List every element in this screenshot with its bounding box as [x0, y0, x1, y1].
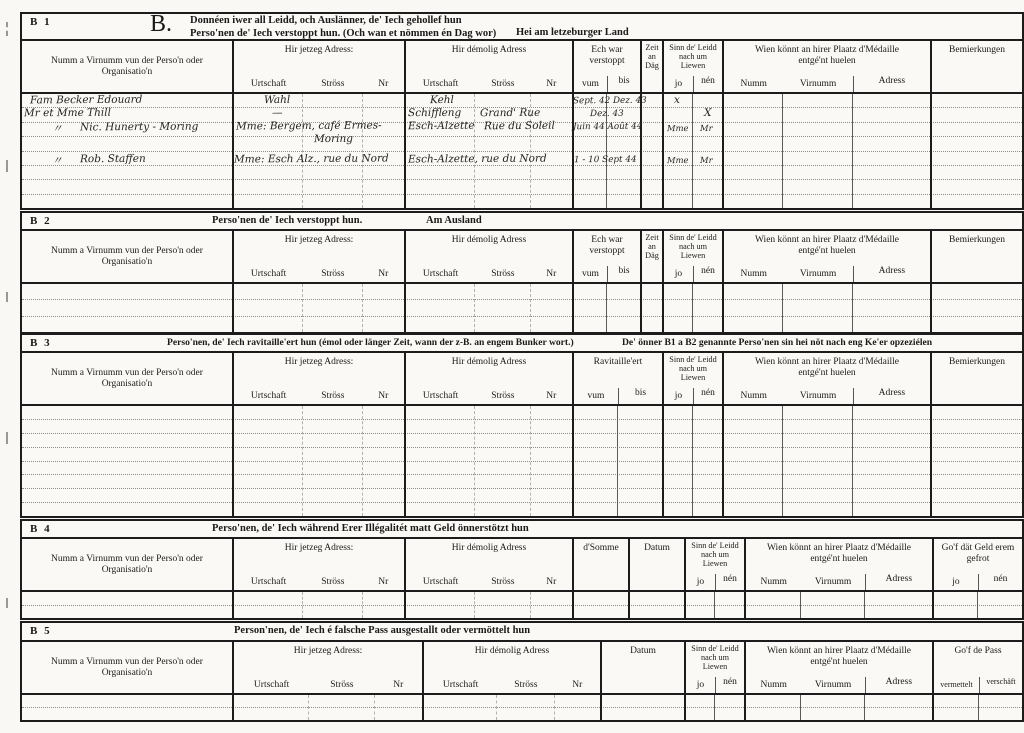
row-rule [22, 195, 1022, 208]
nr-label: Nr [531, 269, 573, 279]
handwritten-entry: Esch-Alzette, rue du Nord [408, 153, 547, 166]
b3-header-row: Numm a Virnumm vun der Perso'n oder Orga… [22, 353, 1022, 406]
nen-label: nén [715, 677, 744, 693]
subcolumn-divider [474, 406, 475, 516]
handwritten-entry: Mr et Mme Thill [24, 107, 111, 120]
b1-body: Fam Becker Edouard Mr et Mme Thill 〃 Nic… [22, 94, 1022, 208]
b2-col-bem: Bemierkungen [930, 231, 1022, 282]
b1-title-band: B 1 B. Donnéen iwer all Leidd, och Auslä… [22, 14, 1022, 41]
b2-col-name: Numm a Virnumm vun der Perso'n oder Orga… [22, 231, 232, 282]
nr-label: Nr [362, 269, 404, 279]
nr-label: Nr [531, 391, 573, 401]
subcolumn-divider [692, 406, 693, 516]
b3-title-band: B 3 Perso'nen, de' Iech ravitaille'ert h… [22, 335, 1022, 353]
column-divider [572, 592, 574, 618]
subcolumn-divider [782, 406, 783, 516]
b2-col-zeit: Zeit an Däg [640, 231, 662, 282]
subcolumn-divider [852, 284, 853, 332]
b2-demolig-subrow: Urtschaft Ströss Nr [406, 265, 572, 282]
b4-col-sinn: Sinn de' Leidd nach um Liewen jo nén [684, 539, 744, 590]
b1-col-name-label: Numm a Virnumm vun der Perso'n oder Orga… [22, 41, 232, 92]
column-divider [932, 592, 934, 618]
subcolumn-divider [864, 592, 865, 618]
b2-demolig-label: Hir démolig Adress [406, 231, 572, 265]
b2-title: Perso'nen de' Iech verstoppt hun. [212, 215, 362, 226]
b1-big-letter: B. [150, 11, 172, 38]
section-b4: B 4 Perso'nen, de' Iech während Erer Ill… [20, 519, 1024, 620]
row-rule [22, 434, 1022, 448]
b5-body [22, 695, 1022, 720]
column-divider [662, 406, 664, 516]
b3-col-name-label: Numm a Virnumm vun der Perso'n oder Orga… [22, 353, 232, 404]
b2-body [22, 284, 1022, 332]
column-divider [232, 94, 234, 208]
handwritten-date: Dez. 43 [590, 109, 624, 119]
column-divider [232, 406, 234, 516]
b1-col-bem: Bemierkungen [930, 41, 1022, 92]
b2-col-sinn: Sinn de' Leidd nach um Liewen jo nén [662, 231, 722, 282]
b3-col-name: Numm a Virnumm vun der Perso'n oder Orga… [22, 353, 232, 404]
b5-jetzeg-subrow: Urtschaft Ströss Nr [234, 676, 422, 693]
b1-wien-subrow: Numm Virnumm Adress [724, 75, 930, 92]
urtschaft-label: Urtschaft [234, 391, 303, 401]
row-rule [22, 448, 1022, 462]
column-divider [232, 695, 234, 720]
virnumm-label: Virnumm [783, 79, 852, 89]
adress-label: Adress [853, 76, 930, 92]
b5-wien-subrow: Numm Virnumm Adress [746, 676, 932, 693]
column-divider [744, 592, 746, 618]
b1-col-name: Numm a Virnumm vun der Perso'n oder Orga… [22, 41, 232, 92]
b5-gof-label: Go'f de Pass [934, 642, 1022, 676]
b5-title: Person'nen, de' Iech é falsche Pass ausg… [234, 625, 530, 636]
b1-jetzeg-label: Hir jetzeg Adress: [234, 41, 404, 75]
handwritten-entry: Nic. Hunerty - Moring [80, 121, 198, 134]
nr-label: Nr [362, 79, 404, 89]
b4-col-name: Numm a Virnumm vun der Perso'n oder Orga… [22, 539, 232, 590]
row-rule [22, 284, 1022, 300]
b5-demolig-subrow: Urtschaft Ströss Nr [424, 676, 600, 693]
subcolumn-divider [302, 406, 303, 516]
b4-somme-label: d'Somme [574, 539, 628, 590]
subcolumn-divider [302, 592, 303, 618]
handwritten-entry: Mme: Bergem, café Ermes- [236, 119, 382, 132]
subcolumn-divider [362, 94, 363, 208]
nr-label: Nr [531, 577, 573, 587]
column-divider [722, 284, 724, 332]
column-divider [404, 284, 406, 332]
column-divider [422, 695, 424, 720]
b2-verstoppt-subrow: vum bis [574, 265, 640, 282]
nen-label: nén [693, 266, 722, 282]
b2-bem-label: Bemierkungen [932, 231, 1022, 282]
column-divider [684, 592, 686, 618]
subcolumn-divider [530, 592, 531, 618]
b3-col-demolig: Hir démolig Adress Urtschaft Ströss Nr [404, 353, 572, 404]
b1-col-zeit: Zeit an Däg [640, 41, 662, 92]
virnumm-label: Virnumm [783, 391, 852, 401]
handwritten-check: Mme [667, 123, 689, 133]
b1-zeit-label: Zeit an Däg [642, 41, 662, 92]
column-divider [640, 94, 642, 208]
ditto-mark: 〃 [52, 121, 63, 136]
b5-sinn-subrow: jo nén [686, 676, 744, 693]
subcolumn-divider [852, 406, 853, 516]
margin-mark [6, 160, 8, 172]
subcolumn-divider [977, 592, 978, 618]
b3-col-sinn: Sinn de' Leidd nach um Liewen jo nén [662, 353, 722, 404]
subcolumn-divider [530, 284, 531, 332]
b4-header-row: Numm a Virnumm vun der Perso'n oder Orga… [22, 539, 1022, 592]
column-divider [930, 94, 932, 208]
adress-label: Adress [853, 266, 930, 282]
vermettelt-label: vermettelt [934, 680, 979, 689]
margin-mark [6, 598, 8, 608]
b3-jetzeg-label: Hir jetzeg Adress: [234, 353, 404, 387]
adress-label: Adress [865, 574, 932, 590]
row-rule [22, 475, 1022, 489]
handwritten-date: Juin 44 Août 44 [573, 122, 642, 132]
b5-gof-subrow: vermettelt verschäft [934, 676, 1022, 693]
handwritten-entry: Esch-Alzette [408, 120, 475, 132]
subcolumn-divider [852, 94, 853, 208]
stross-label: Ströss [303, 391, 362, 401]
handwritten-entry: Grand' Rue [480, 107, 540, 119]
b4-col-demolig: Hir démolig Adress Urtschaft Ströss Nr [404, 539, 572, 590]
b1-sinn-label: Sinn de' Leidd nach um Liewen [664, 41, 722, 75]
stross-label: Ströss [475, 577, 530, 587]
b2-col-jetzeg: Hir jetzeg Adress: Urtschaft Ströss Nr [232, 231, 404, 282]
b1-title-right: Hei am letzeburger Land [516, 27, 629, 38]
numm-label: Numm [724, 269, 783, 279]
b4-col-name-label: Numm a Virnumm vun der Perso'n oder Orga… [22, 539, 232, 590]
nr-label: Nr [362, 391, 404, 401]
b3-bem-label: Bemierkungen [932, 353, 1022, 404]
nen-label: nén [693, 76, 722, 92]
section-b5: B 5 Person'nen, de' Iech é falsche Pass … [20, 621, 1024, 722]
urtschaft-label: Urtschaft [234, 680, 309, 690]
b3-jetzeg-subrow: Urtschaft Ströss Nr [234, 387, 404, 404]
b1-wien-label: Wien könnt an hirer Plaatz d'Médaille en… [724, 41, 930, 75]
handwritten-check: Mr [700, 155, 713, 165]
b1-sinn-subrow: jo nén [664, 75, 722, 92]
bis-label: bis [607, 76, 640, 92]
b4-demolig-label: Hir démolig Adress [406, 539, 572, 573]
column-divider [930, 284, 932, 332]
row-rule [22, 166, 1022, 180]
subcolumn-divider [302, 94, 303, 208]
urtschaft-label: Urtschaft [424, 680, 497, 690]
subcolumn-divider [782, 284, 783, 332]
column-divider [404, 406, 406, 516]
subcolumn-divider [714, 695, 715, 720]
b2-verstoppt-label: Ech war verstoppt [574, 231, 640, 265]
stross-label: Ströss [475, 391, 530, 401]
b4-row-rules [22, 592, 1022, 618]
b5-col-name-label: Numm a Virnumm vun der Perso'n oder Orga… [22, 642, 232, 693]
vum-label: vum [574, 269, 607, 279]
urtschaft-label: Urtschaft [406, 79, 475, 89]
subcolumn-divider [530, 406, 531, 516]
b4-gof-subrow: jo nén [934, 573, 1022, 590]
numm-label: Numm [746, 680, 801, 690]
b4-col-somme: d'Somme [572, 539, 628, 590]
handwritten-check: x [674, 94, 680, 106]
subcolumn-divider [302, 284, 303, 332]
handwritten-entry: Mme: Esch Alz., rue du Nord [234, 152, 389, 165]
b5-jetzeg-label: Hir jetzeg Adress: [234, 642, 422, 676]
subcolumn-divider [474, 94, 475, 208]
numm-label: Numm [724, 79, 783, 89]
b5-col-gof: Go'f de Pass vermettelt verschäft [932, 642, 1022, 693]
b2-col-name-label: Numm a Virnumm vun der Perso'n oder Orga… [22, 231, 232, 282]
handwritten-date: 1 - 10 Sept 44 [574, 155, 637, 165]
b3-demolig-label: Hir démolig Adress [406, 353, 572, 387]
b3-col-bem: Bemierkungen [930, 353, 1022, 404]
column-divider [232, 592, 234, 618]
urtschaft-label: Urtschaft [234, 269, 303, 279]
urtschaft-label: Urtschaft [406, 577, 475, 587]
margin-mark [6, 432, 8, 444]
handwritten-check: X [704, 107, 712, 119]
b4-demolig-subrow: Urtschaft Ströss Nr [406, 573, 572, 590]
b5-col-sinn: Sinn de' Leidd nach um Liewen jo nén [684, 642, 744, 693]
handwritten-entry: Rue du Soleil [484, 120, 555, 132]
urtschaft-label: Urtschaft [234, 577, 303, 587]
b1-col-jetzeg: Hir jetzeg Adress: Urtschaft Ströss Nr [232, 41, 404, 92]
stross-label: Ströss [303, 269, 362, 279]
verschaft-label: verschäft [979, 677, 1022, 693]
nen-label: nén [978, 574, 1022, 590]
b3-title-line1: Perso'nen, de' Iech ravitaille'ert hun (… [167, 337, 574, 348]
b1-verstoppt-subrow: vum bis [574, 75, 640, 92]
section-b3: B 3 Perso'nen, de' Iech ravitaille'ert h… [20, 333, 1024, 518]
jo-label: jo [664, 79, 693, 89]
b2-title-band: B 2 Perso'nen de' Iech verstoppt hun. Am… [22, 213, 1022, 231]
stross-label: Ströss [303, 79, 362, 89]
b1-col-verstoppt: Ech war verstoppt vum bis [572, 41, 640, 92]
b4-col-jetzeg: Hir jetzeg Adress: Urtschaft Ströss Nr [232, 539, 404, 590]
b5-row-rules [22, 695, 1022, 720]
column-divider [600, 695, 602, 720]
b2-col-demolig: Hir démolig Adress Urtschaft Ströss Nr [404, 231, 572, 282]
jo-label: jo [686, 680, 715, 690]
section-b2: B 2 Perso'nen de' Iech verstoppt hun. Am… [20, 211, 1024, 334]
subcolumn-divider [362, 406, 363, 516]
virnumm-label: Virnumm [801, 680, 864, 690]
b3-col-jetzeg: Hir jetzeg Adress: Urtschaft Ströss Nr [232, 353, 404, 404]
b5-demolig-label: Hir démolig Adress [424, 642, 600, 676]
b2-col-wien: Wien könnt an hirer Plaatz d'Médaille en… [722, 231, 930, 282]
bis-label: bis [607, 266, 640, 282]
subcolumn-divider [362, 284, 363, 332]
handwritten-entry: Fam Becker Edouard [30, 94, 142, 106]
bis-label: bis [618, 388, 662, 404]
handwritten-check: Mr [700, 123, 713, 133]
nr-label: Nr [531, 79, 573, 89]
row-rule [22, 489, 1022, 503]
b1-demolig-subrow: Urtschaft Ströss Nr [406, 75, 572, 92]
numm-label: Numm [724, 391, 783, 401]
column-divider [232, 284, 234, 332]
virnumm-label: Virnumm [783, 269, 852, 279]
b2-section-label: B 2 [30, 215, 52, 227]
b2-title-right: Am Ausland [426, 215, 482, 226]
ditto-mark: 〃 [52, 153, 63, 168]
b4-title: Perso'nen, de' Iech während Erer Illégal… [212, 523, 529, 534]
b2-jetzeg-label: Hir jetzeg Adress: [234, 231, 404, 265]
subcolumn-divider [714, 592, 715, 618]
nen-label: nén [693, 388, 722, 404]
subcolumn-divider [617, 406, 618, 516]
margin-mark [6, 22, 8, 36]
b4-datum-label: Datum [630, 539, 684, 590]
column-divider [572, 406, 574, 516]
b5-sinn-label: Sinn de' Leidd nach um Liewen [686, 642, 744, 676]
b5-datum-label: Datum [602, 642, 684, 693]
b2-zeit-label: Zeit an Däg [642, 231, 662, 282]
column-divider [404, 592, 406, 618]
b2-sinn-label: Sinn de' Leidd nach um Liewen [664, 231, 722, 265]
scanned-form-page: B 1 B. Donnéen iwer all Leidd, och Auslä… [0, 0, 1024, 733]
row-rule [22, 406, 1022, 420]
b5-title-band: B 5 Person'nen, de' Iech é falsche Pass … [22, 623, 1022, 642]
b5-header-row: Numm a Virnumm vun der Perso'n oder Orga… [22, 642, 1022, 695]
virnumm-label: Virnumm [801, 577, 864, 587]
column-divider [572, 94, 574, 208]
b4-sinn-label: Sinn de' Leidd nach um Liewen [686, 539, 744, 573]
b3-body [22, 406, 1022, 516]
subcolumn-divider [474, 284, 475, 332]
row-rule [22, 695, 1022, 708]
urtschaft-label: Urtschaft [234, 79, 303, 89]
b3-wien-subrow: Numm Virnumm Adress [724, 387, 930, 404]
row-rule [22, 137, 1022, 151]
row-rule [22, 180, 1022, 194]
b2-jetzeg-subrow: Urtschaft Ströss Nr [234, 265, 404, 282]
column-divider [744, 695, 746, 720]
adress-label: Adress [853, 388, 930, 404]
stross-label: Ströss [309, 680, 374, 690]
nr-label: Nr [555, 680, 600, 690]
b3-wien-label: Wien könnt an hirer Plaatz d'Médaille en… [724, 353, 930, 387]
subcolumn-divider [864, 695, 865, 720]
numm-label: Numm [746, 577, 801, 587]
row-rule [22, 503, 1022, 516]
vum-label: vum [574, 391, 618, 401]
b4-gof-label: Go'f dät Geld erem gefrot [934, 539, 1022, 573]
b1-col-demolig: Hir démolig Adress Urtschaft Ströss Nr [404, 41, 572, 92]
handwritten-entry: — [272, 107, 283, 119]
column-divider [662, 284, 664, 332]
subcolumn-divider [362, 592, 363, 618]
b2-col-verstoppt: Ech war verstoppt vum bis [572, 231, 640, 282]
b2-wien-subrow: Numm Virnumm Adress [724, 265, 930, 282]
b3-demolig-subrow: Urtschaft Ströss Nr [406, 387, 572, 404]
margin-mark [6, 292, 8, 302]
b4-col-wien: Wien könnt an hirer Plaatz d'Médaille en… [744, 539, 932, 590]
b2-row-rules [22, 284, 1022, 332]
b4-jetzeg-subrow: Urtschaft Ströss Nr [234, 573, 404, 590]
b1-col-sinn: Sinn de' Leidd nach um Liewen jo nén [662, 41, 722, 92]
row-rule [22, 420, 1022, 434]
jo-label: jo [934, 577, 978, 587]
handwritten-entry: Wahl [264, 94, 290, 106]
stross-label: Ströss [303, 577, 362, 587]
column-divider [628, 592, 630, 618]
subcolumn-divider [978, 695, 979, 720]
subcolumn-divider [782, 94, 783, 208]
b5-col-demolig: Hir démolig Adress Urtschaft Ströss Nr [422, 642, 600, 693]
b5-col-wien: Wien könnt an hirer Plaatz d'Médaille en… [744, 642, 932, 693]
b5-section-label: B 5 [30, 625, 52, 637]
b5-col-datum: Datum [600, 642, 684, 693]
b3-sinn-label: Sinn de' Leidd nach um Liewen [664, 353, 722, 387]
b4-wien-subrow: Numm Virnumm Adress [746, 573, 932, 590]
stross-label: Ströss [475, 269, 530, 279]
b4-col-gof: Go'f dät Geld erem gefrot jo nén [932, 539, 1022, 590]
b2-wien-label: Wien könnt an hirer Plaatz d'Médaille en… [724, 231, 930, 265]
b4-body [22, 592, 1022, 618]
stross-label: Ströss [475, 79, 530, 89]
b3-title-line2: De' önner B1 a B2 genannte Perso'nen sin… [622, 337, 932, 348]
subcolumn-divider [496, 695, 497, 720]
b4-wien-label: Wien könnt an hirer Plaatz d'Médaille en… [746, 539, 932, 573]
jo-label: jo [664, 269, 693, 279]
row-rule [22, 300, 1022, 316]
handwritten-entry: Rob. Staffen [80, 153, 146, 165]
column-divider [404, 94, 406, 208]
subcolumn-divider [692, 284, 693, 332]
b4-section-label: B 4 [30, 523, 52, 535]
column-divider [640, 284, 642, 332]
b1-title-line1: Donnéen iwer all Leidd, och Auslänner, d… [190, 15, 496, 28]
b5-wien-label: Wien könnt an hirer Plaatz d'Médaille en… [746, 642, 932, 676]
b1-title-line2: Perso'nen de' Iech verstoppt hun. (Och w… [190, 28, 496, 41]
subcolumn-divider [474, 592, 475, 618]
b1-bem-label: Bemierkungen [932, 41, 1022, 92]
b4-jetzeg-label: Hir jetzeg Adress: [234, 539, 404, 573]
adress-label: Adress [865, 677, 932, 693]
column-divider [722, 406, 724, 516]
subcolumn-divider [554, 695, 555, 720]
vum-label: vum [574, 79, 607, 89]
b2-sinn-subrow: jo nén [664, 265, 722, 282]
subcolumn-divider [692, 94, 693, 208]
stross-label: Ströss [497, 680, 554, 690]
handwritten-check: Mme [667, 155, 689, 165]
b4-sinn-subrow: jo nén [686, 573, 744, 590]
b1-verstoppt-label: Ech war verstoppt [574, 41, 640, 75]
column-divider [930, 406, 932, 516]
row-rule [22, 606, 1022, 619]
column-divider [684, 695, 686, 720]
b1-jetzeg-subrow: Urtschaft Ströss Nr [234, 75, 404, 92]
handwritten-entry: Kehl [430, 94, 454, 106]
nr-label: Nr [375, 680, 422, 690]
row-rule [22, 462, 1022, 476]
subcolumn-divider [308, 695, 309, 720]
b3-col-ravitailleert: Ravitaille'ert vum bis [572, 353, 662, 404]
column-divider [932, 695, 934, 720]
jo-label: jo [664, 391, 693, 401]
column-divider [572, 284, 574, 332]
nr-label: Nr [362, 577, 404, 587]
b3-sinn-subrow: jo nén [664, 387, 722, 404]
section-b1: B 1 B. Donnéen iwer all Leidd, och Auslä… [20, 12, 1024, 210]
subcolumn-divider [374, 695, 375, 720]
row-rule [22, 317, 1022, 332]
